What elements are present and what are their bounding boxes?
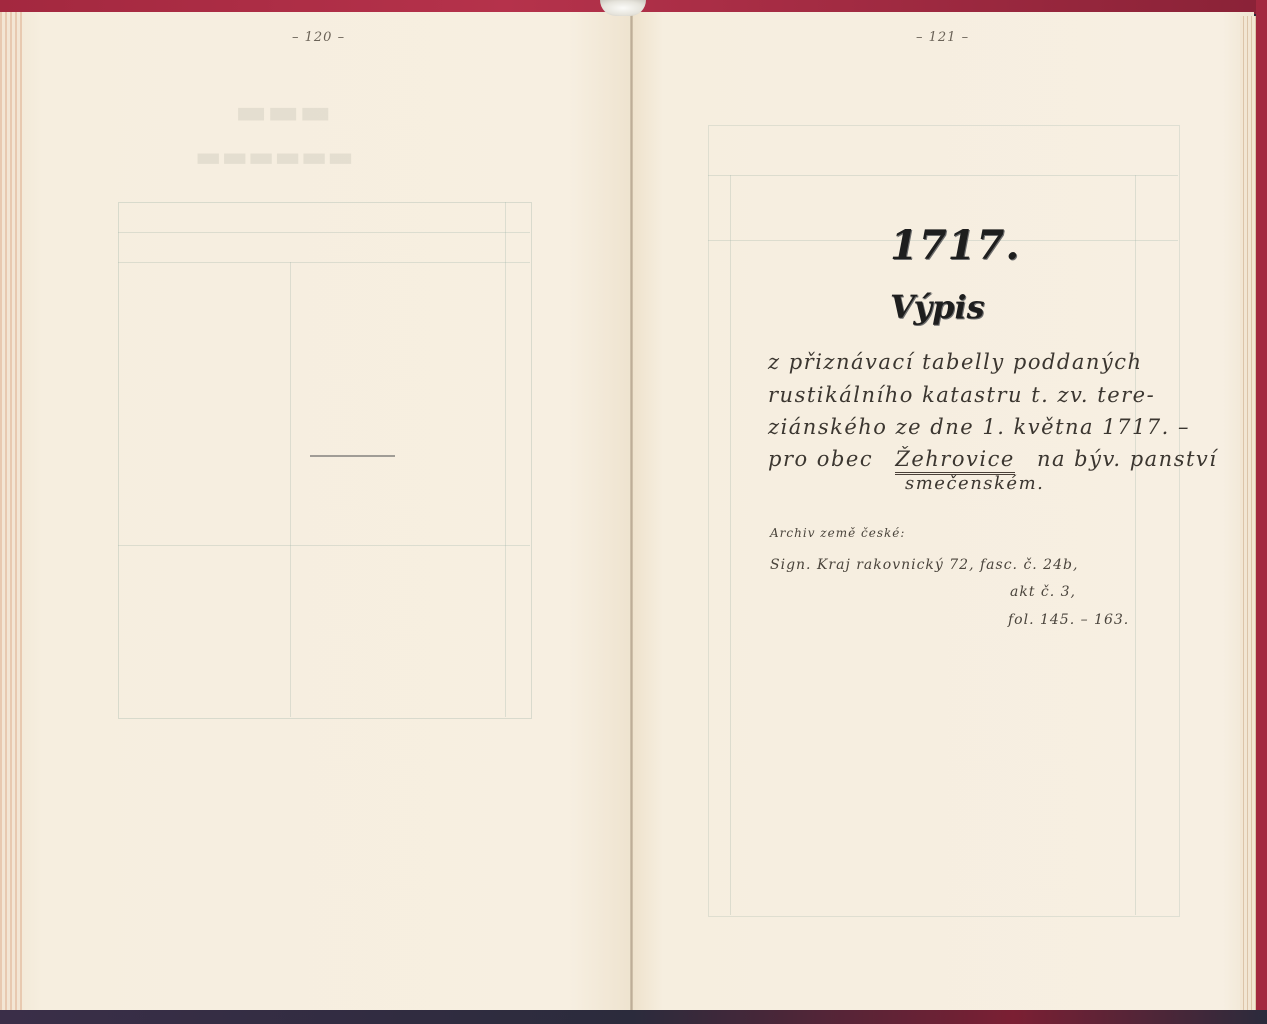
right-page-number: – 121 – xyxy=(916,30,969,45)
text-panstvi: na býv. panství xyxy=(1037,447,1218,471)
year-heading: 1717. xyxy=(890,222,1020,269)
municipality-name: Žehrovice xyxy=(895,447,1015,475)
ghost-row-line xyxy=(708,175,1178,176)
right-page-edges xyxy=(1240,16,1256,1010)
book-gutter xyxy=(630,12,633,1010)
archive-label: Archiv země české: xyxy=(770,526,905,540)
ghost-col-line xyxy=(730,175,731,915)
signature-line-3: fol. 145. – 163. xyxy=(1008,612,1129,628)
ghost-heading: ▬▬▬ xyxy=(235,92,331,132)
left-page-edges xyxy=(0,12,22,1010)
ghost-table xyxy=(118,202,532,719)
ghost-subheading: ▬▬▬▬▬▬ xyxy=(195,140,354,173)
ghost-col-line xyxy=(1135,175,1136,915)
text-pro-obec: pro obec xyxy=(768,447,873,471)
ghost-dash xyxy=(310,455,395,457)
left-page-number: – 120 – xyxy=(292,30,345,45)
body-line-3: ziánského ze dne 1. května 1717. – xyxy=(768,415,1190,439)
body-line-1: z přiznávací tabelly poddaných xyxy=(768,350,1143,374)
signature-line-2: akt č. 3, xyxy=(1010,584,1076,600)
body-line-5: smečenském. xyxy=(905,473,1044,494)
ghost-row-line xyxy=(118,232,530,233)
book-cover-bottom xyxy=(0,1010,1267,1024)
body-line-2: rustikálního katastru t. zv. tere- xyxy=(768,383,1155,407)
body-line-4: pro obec Žehrovice na býv. panství xyxy=(768,447,1218,471)
document-title: Výpis xyxy=(890,288,985,326)
ghost-row-line xyxy=(118,262,530,263)
signature-line-1: Sign. Kraj rakovnický 72, fasc. č. 24b, xyxy=(770,557,1078,573)
ghost-col-line xyxy=(290,262,291,717)
ghost-col-line xyxy=(505,202,506,717)
ghost-row-line xyxy=(118,545,530,546)
book-cover-right xyxy=(1256,0,1267,1024)
